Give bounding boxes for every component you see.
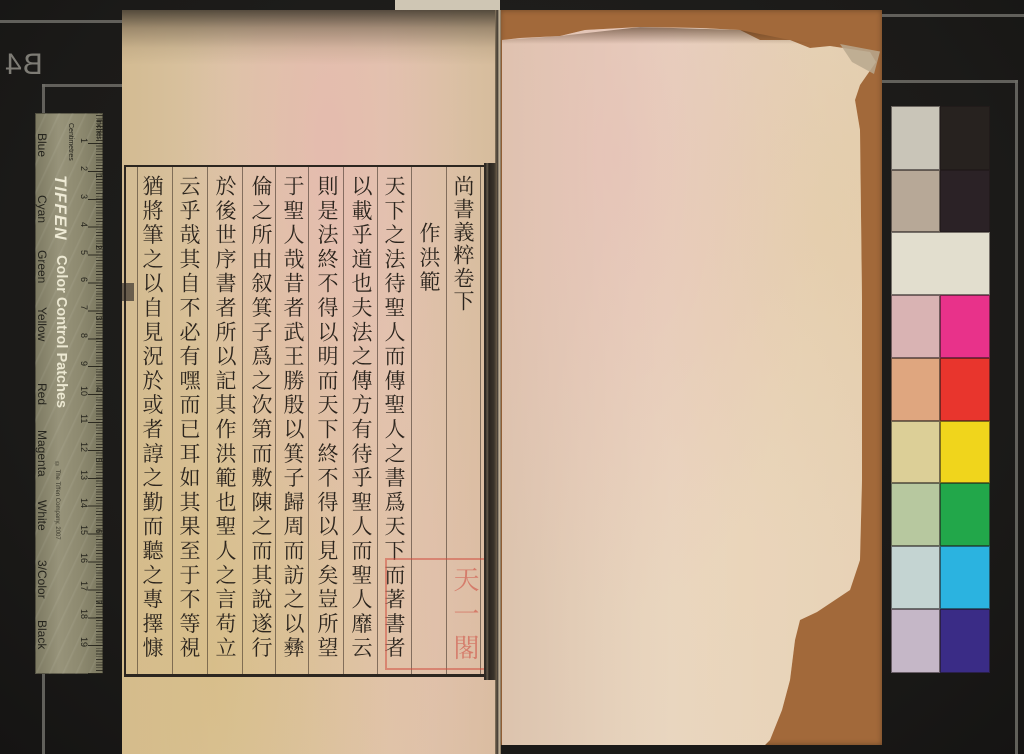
ruler-cm-ticks <box>88 143 103 674</box>
ruler-inch-number: 5 <box>94 458 102 462</box>
text-block-frame-right-border <box>484 163 497 680</box>
column-rule <box>275 167 276 674</box>
board-line-top-right <box>882 14 1024 17</box>
color-patch-red <box>940 358 990 421</box>
color-patch-light-gray <box>891 106 940 170</box>
ruler-cm-number: 16 <box>79 553 88 563</box>
column-rule <box>207 167 208 674</box>
ruler-color-label: White <box>36 500 48 531</box>
board-line-right-horizontal <box>882 80 1018 83</box>
ruler-cm-number: 2 <box>79 166 88 171</box>
color-patch-yellow <box>940 421 990 483</box>
board-line-right-vertical <box>1015 80 1018 754</box>
color-patch-black <box>940 106 990 170</box>
ruler-inch-number: 7 <box>94 600 102 604</box>
seal-text: 天一閣 <box>446 566 483 668</box>
color-patch-green <box>940 483 990 546</box>
chapter-heading-column: 作洪範 <box>416 222 442 295</box>
book-title-column: 尚書義粹卷下 <box>450 175 476 313</box>
color-patch-cyan <box>940 546 990 609</box>
column-rule <box>377 167 378 674</box>
ruler-color-label: Black <box>36 620 48 649</box>
color-patch-pale-cyan <box>891 546 940 609</box>
color-patch-taupe <box>891 170 940 232</box>
ruler-cm-number: 5 <box>79 250 88 255</box>
ruler-cm-number: 15 <box>79 525 88 535</box>
board-label: B4 <box>4 50 43 80</box>
text-column: 倫之所由叙箕子爲之次第而敷陳之而其說遂行 <box>248 175 274 661</box>
ruler-cm-number: 6 <box>79 277 88 282</box>
ruler-cm-number: 7 <box>79 305 88 310</box>
red-collector-seal: 天一閣 <box>385 558 491 670</box>
text-column: 於後世序書者所以記其作洪範也聖人之言苟立 <box>212 175 238 661</box>
ruler-color-label: Blue <box>36 133 48 157</box>
ruler-inch-number: 3 <box>94 316 102 320</box>
color-patch-pale-pink <box>891 295 940 358</box>
text-column: 以載乎道也夫法之傳方有待乎聖人而聖人靡云 <box>348 175 374 661</box>
ruler-color-label: Magenta <box>36 430 48 477</box>
ruler-copyright: © The Tiffen Company, 2007 <box>54 462 60 540</box>
ruler-cm-number: 9 <box>79 361 88 366</box>
text-column: 則是法終不得以明而天下終不得以見矣豈所望 <box>314 175 340 661</box>
text-block-frame: 尚書義粹卷下 作洪範 天下之法待聖人而傳聖人之書爲天下而著書者 以載乎道也夫法之… <box>124 165 494 677</box>
ruler-cm-number: 17 <box>79 581 88 591</box>
ruler-color-label: Yellow <box>36 307 48 341</box>
ruler-cm-number: 19 <box>79 637 88 647</box>
color-patch-peach <box>891 358 940 421</box>
ruler-cm-number: 10 <box>79 386 88 396</box>
ruler-inch-number: 2 <box>94 245 102 249</box>
ruler-cm-number: 14 <box>79 498 88 508</box>
ruler-product-name: Color Control Patches <box>53 255 68 408</box>
column-rule <box>343 167 344 674</box>
color-calibration-chart <box>891 106 990 673</box>
board-line-upper-left <box>42 84 122 87</box>
ruler-brand-logo: TIFFEN <box>52 175 69 241</box>
ruler-color-label: Red <box>36 383 48 405</box>
color-patch-white <box>891 232 990 295</box>
column-rule <box>242 167 243 674</box>
text-column: 猶將筆之以自見況於或者諄之勤而聽之專擇慷 <box>139 175 165 661</box>
ruler-cm-number: 4 <box>79 222 88 227</box>
color-patch-lavender <box>891 609 940 673</box>
board-line-top-left <box>0 20 122 23</box>
ruler-cm-number: 8 <box>79 333 88 338</box>
text-column: 云乎哉其自不必有嘿而已耳如其果至于不等視 <box>176 175 202 661</box>
ruler-cm-number: 18 <box>79 609 88 619</box>
ruler-cm-number: 12 <box>79 442 88 452</box>
ruler-cm-number: 3 <box>79 194 88 199</box>
paper-strip-top <box>395 0 500 10</box>
ruler-inch-label: Inches <box>95 119 102 140</box>
ruler-cm-number: 13 <box>79 470 88 480</box>
column-rule <box>308 167 309 674</box>
column-rule <box>137 167 138 674</box>
column-rule <box>172 167 173 674</box>
ruler-inch-number: 6 <box>94 529 102 533</box>
color-patch-blue-violet <box>940 609 990 673</box>
color-patch-magenta <box>940 295 990 358</box>
color-patch-pale-green <box>891 483 940 546</box>
ruler-inch-number: 1 <box>94 174 102 178</box>
ruler-color-label: Cyan <box>36 195 48 223</box>
color-patch-pale-yellow <box>891 421 940 483</box>
text-column: 于聖人哉昔者武王勝殷以箕子歸周而訪之以彝 <box>280 175 306 661</box>
ruler-color-label: 3/Color <box>36 560 48 599</box>
color-patch-dark <box>940 170 990 232</box>
ruler-cm-number: 1 <box>79 138 88 143</box>
ruler-color-label: Green <box>36 250 48 283</box>
tiffen-ruler: Centimetres Inches TIFFEN Color Control … <box>35 113 103 674</box>
ruler-cm-number: 11 <box>79 414 88 423</box>
ruler-cm-label: Centimetres <box>67 123 74 161</box>
ruler-inch-number: 4 <box>94 387 102 391</box>
